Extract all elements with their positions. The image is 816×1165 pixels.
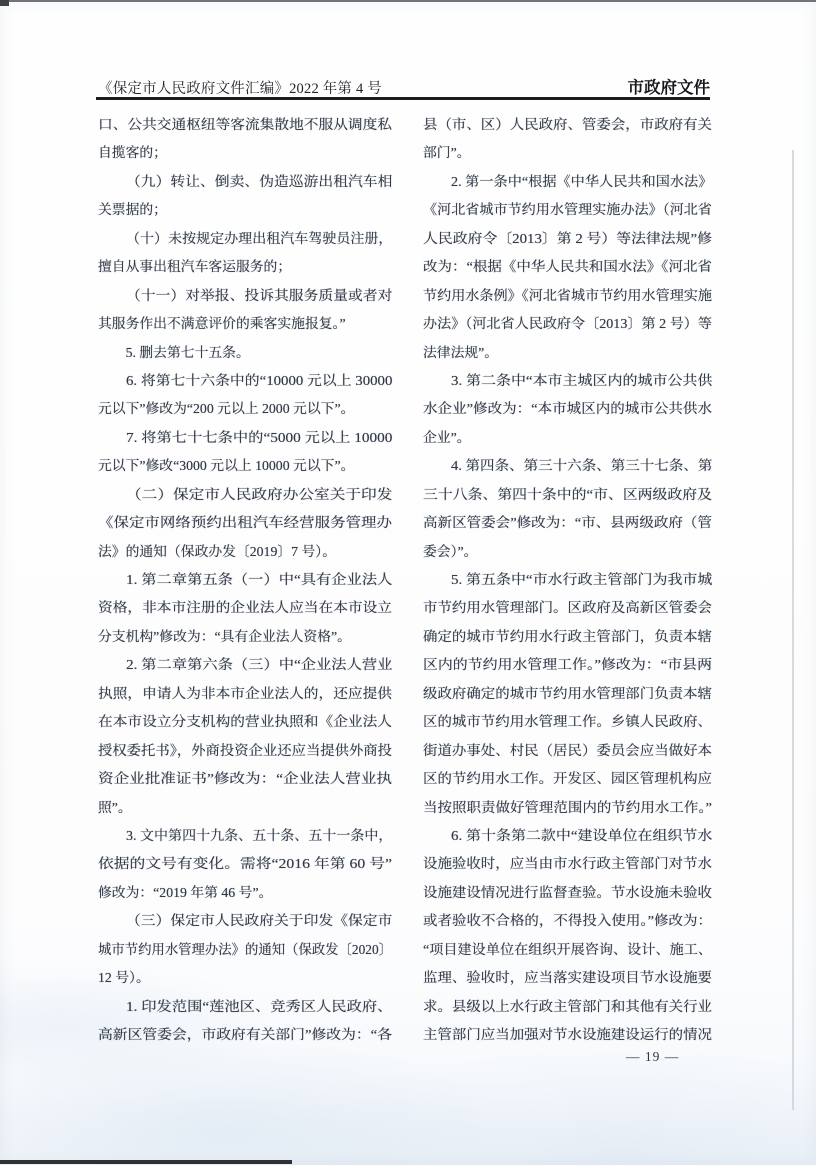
text-line: 执照，申请人为非本市企业法人的，还应提供 — [98, 680, 392, 708]
text-line: 5. 第五条中“市水行政主管部门为我市城 — [423, 566, 712, 594]
text-line: 1. 第二章第五条（一）中“具有企业法人 — [98, 566, 392, 594]
text-line: 市节约用水管理部门。区政府及高新区管委会 — [423, 594, 712, 622]
text-line: 口、公共交通枢纽等客流集散地不服从调度私 — [98, 111, 392, 139]
text-line: 区的城市节约用水管理工作。乡镇人民政府、 — [423, 708, 712, 736]
text-line: 节约用水条例》《河北省城市节约用水管理实施 — [423, 282, 712, 310]
text-line: 元以下”修改“3000 元以上 10000 元以下”。 — [98, 452, 392, 480]
text-line: 高新区管委会，市政府有关部门”修改为：“各 — [98, 1021, 392, 1049]
text-line: 6. 第十条第二款中“建设单位在组织节水 — [423, 822, 712, 850]
header-compilation-title: 《保定市人民政府文件汇编》2022 年第 4 号 — [98, 77, 382, 98]
text-line: 《保定市网络预约出租汽车经营服务管理办 — [98, 509, 392, 537]
text-line: 4. 第四条、第三十六条、第三十七条、第 — [423, 452, 712, 480]
text-line: 其服务作出不满意评价的乘客实施报复。” — [98, 310, 392, 338]
text-line: 2. 第二章第六条（三）中“企业法人营业 — [98, 651, 392, 679]
text-line: （十）未按规定办理出租汽车驾驶员注册， — [98, 225, 392, 253]
text-line: 三十八条、第四十条中的“市、区两级政府及 — [423, 481, 712, 509]
text-line: 分支机构”修改为：“具有企业法人资格”。 — [98, 623, 392, 651]
text-line: 城市节约用水管理办法》的通知（保政发〔2020〕 — [98, 936, 392, 964]
scan-artifact-top-edge — [8, 0, 816, 2]
text-line: 7. 将第七十七条中的“5000 元以上 10000 — [98, 424, 392, 452]
text-line: 关票据的； — [98, 196, 392, 224]
text-line: 改为：“根据《中华人民共和国水法》《河北省 — [423, 253, 712, 281]
text-column-left: 口、公共交通枢纽等客流集散地不服从调度私自揽客的；（九）转让、倒卖、伪造巡游出租… — [98, 111, 392, 1049]
text-column-right: 县（市、区）人民政府、管委会，市政府有关部门”。2. 第一条中“根据《中华人民共… — [423, 111, 712, 1049]
text-line: 街道办事处、村民（居民）委员会应当做好本 — [423, 737, 712, 765]
text-line: 部门”。 — [423, 139, 712, 167]
text-line: 委会）”。 — [423, 538, 712, 566]
text-line: 6. 将第七十六条中的“10000 元以上 30000 — [98, 367, 392, 395]
scan-artifact-corner-mark — [0, 0, 9, 6]
text-line: （二）保定市人民政府办公室关于印发 — [98, 481, 392, 509]
text-line: 监理、验收时，应当落实建设项目节水设施要 — [423, 964, 712, 992]
text-line: 高新区管委会”修改为：“市、县两级政府（管 — [423, 509, 712, 537]
text-line: 法》的通知（保政办发〔2019〕7 号）。 — [98, 538, 392, 566]
text-line: 修改为：“2019 年第 46 号”。 — [98, 879, 392, 907]
text-line: 设施建设情况进行监督查验。节水设施未验收 — [423, 879, 712, 907]
text-line: 确定的城市节约用水行政主管部门，负责本辖 — [423, 623, 712, 651]
text-line: （三）保定市人民政府关于印发《保定市 — [98, 907, 392, 935]
text-line: 办法》（河北省人民政府令〔2013〕第 2 号）等 — [423, 310, 712, 338]
text-line: 设施验收时，应当由市水行政主管部门对节水 — [423, 850, 712, 878]
text-line: 自揽客的； — [98, 139, 392, 167]
text-line: 擅自从事出租汽车客运服务的； — [98, 253, 392, 281]
text-line: 2. 第一条中“根据《中华人民共和国水法》 — [423, 168, 712, 196]
header-doc-category: 市政府文件 — [628, 74, 711, 98]
text-line: “项目建设单位在组织开展咨询、设计、施工、 — [423, 936, 712, 964]
text-line: 3. 第二条中“本市主城区内的城市公共供 — [423, 367, 712, 395]
text-line: （九）转让、倒卖、伪造巡游出租汽车相 — [98, 168, 392, 196]
text-line: 依据的文号有变化。需将“2016 年第 60 号” — [98, 850, 392, 878]
text-line: 求。县级以上水行政主管部门和其他有关行业 — [423, 993, 712, 1021]
text-line: 当按照职责做好管理范围内的节约用水工作。” — [423, 794, 712, 822]
text-line: 法律法规”。 — [423, 339, 712, 367]
text-line: 照”。 — [98, 794, 392, 822]
text-line: 5. 删去第七十五条。 — [98, 339, 392, 367]
text-line: 3. 文中第四十九条、五十条、五十一条中， — [98, 822, 392, 850]
header-rule — [96, 97, 710, 100]
text-line: 区的节约用水工作。开发区、园区管理机构应 — [423, 765, 712, 793]
text-line: 级政府确定的城市节约用水管理部门负责本辖 — [423, 680, 712, 708]
page-header: 《保定市人民政府文件汇编》2022 年第 4 号 市政府文件 — [98, 74, 710, 98]
text-line: 资企业批准证书”修改为：“企业法人营业执 — [98, 765, 392, 793]
text-line: 《河北省城市节约用水管理实施办法》（河北省 — [423, 196, 712, 224]
text-line: 元以下”修改为“200 元以上 2000 元以下”。 — [98, 395, 392, 423]
text-line: 水企业”修改为：“本市城区内的城市公共供水 — [423, 395, 712, 423]
text-line: 县（市、区）人民政府、管委会，市政府有关 — [423, 111, 712, 139]
text-line: 或者验收不合格的，不得投入使用。”修改为： — [423, 907, 712, 935]
text-line: 主管部门应当加强对节水设施建设运行的情况 — [423, 1021, 712, 1049]
text-line: （十一）对举报、投诉其服务质量或者对 — [98, 282, 392, 310]
text-line: 12 号）。 — [98, 964, 392, 992]
scan-artifact-bottom-edge — [0, 1160, 292, 1164]
text-line: 授权委托书》，外商投资企业还应当提供外商投 — [98, 737, 392, 765]
text-line: 1. 印发范围“莲池区、竞秀区人民政府、 — [98, 993, 392, 1021]
text-line: 区内的节约用水管理工作。”修改为：“市县两 — [423, 651, 712, 679]
text-line: 资格，非本市注册的企业法人应当在本市设立 — [98, 594, 392, 622]
text-line: 企业”。 — [423, 424, 712, 452]
text-line: 人民政府令〔2013〕第 2 号）等法律法规”修 — [423, 225, 712, 253]
text-line: 在本市设立分支机构的营业执照和《企业法人 — [98, 708, 392, 736]
scanned-document-page: 《保定市人民政府文件汇编》2022 年第 4 号 市政府文件 口、公共交通枢纽等… — [0, 0, 816, 1165]
scan-artifact-right-edge — [792, 150, 794, 1110]
page-number: — 19 — — [626, 1049, 679, 1065]
